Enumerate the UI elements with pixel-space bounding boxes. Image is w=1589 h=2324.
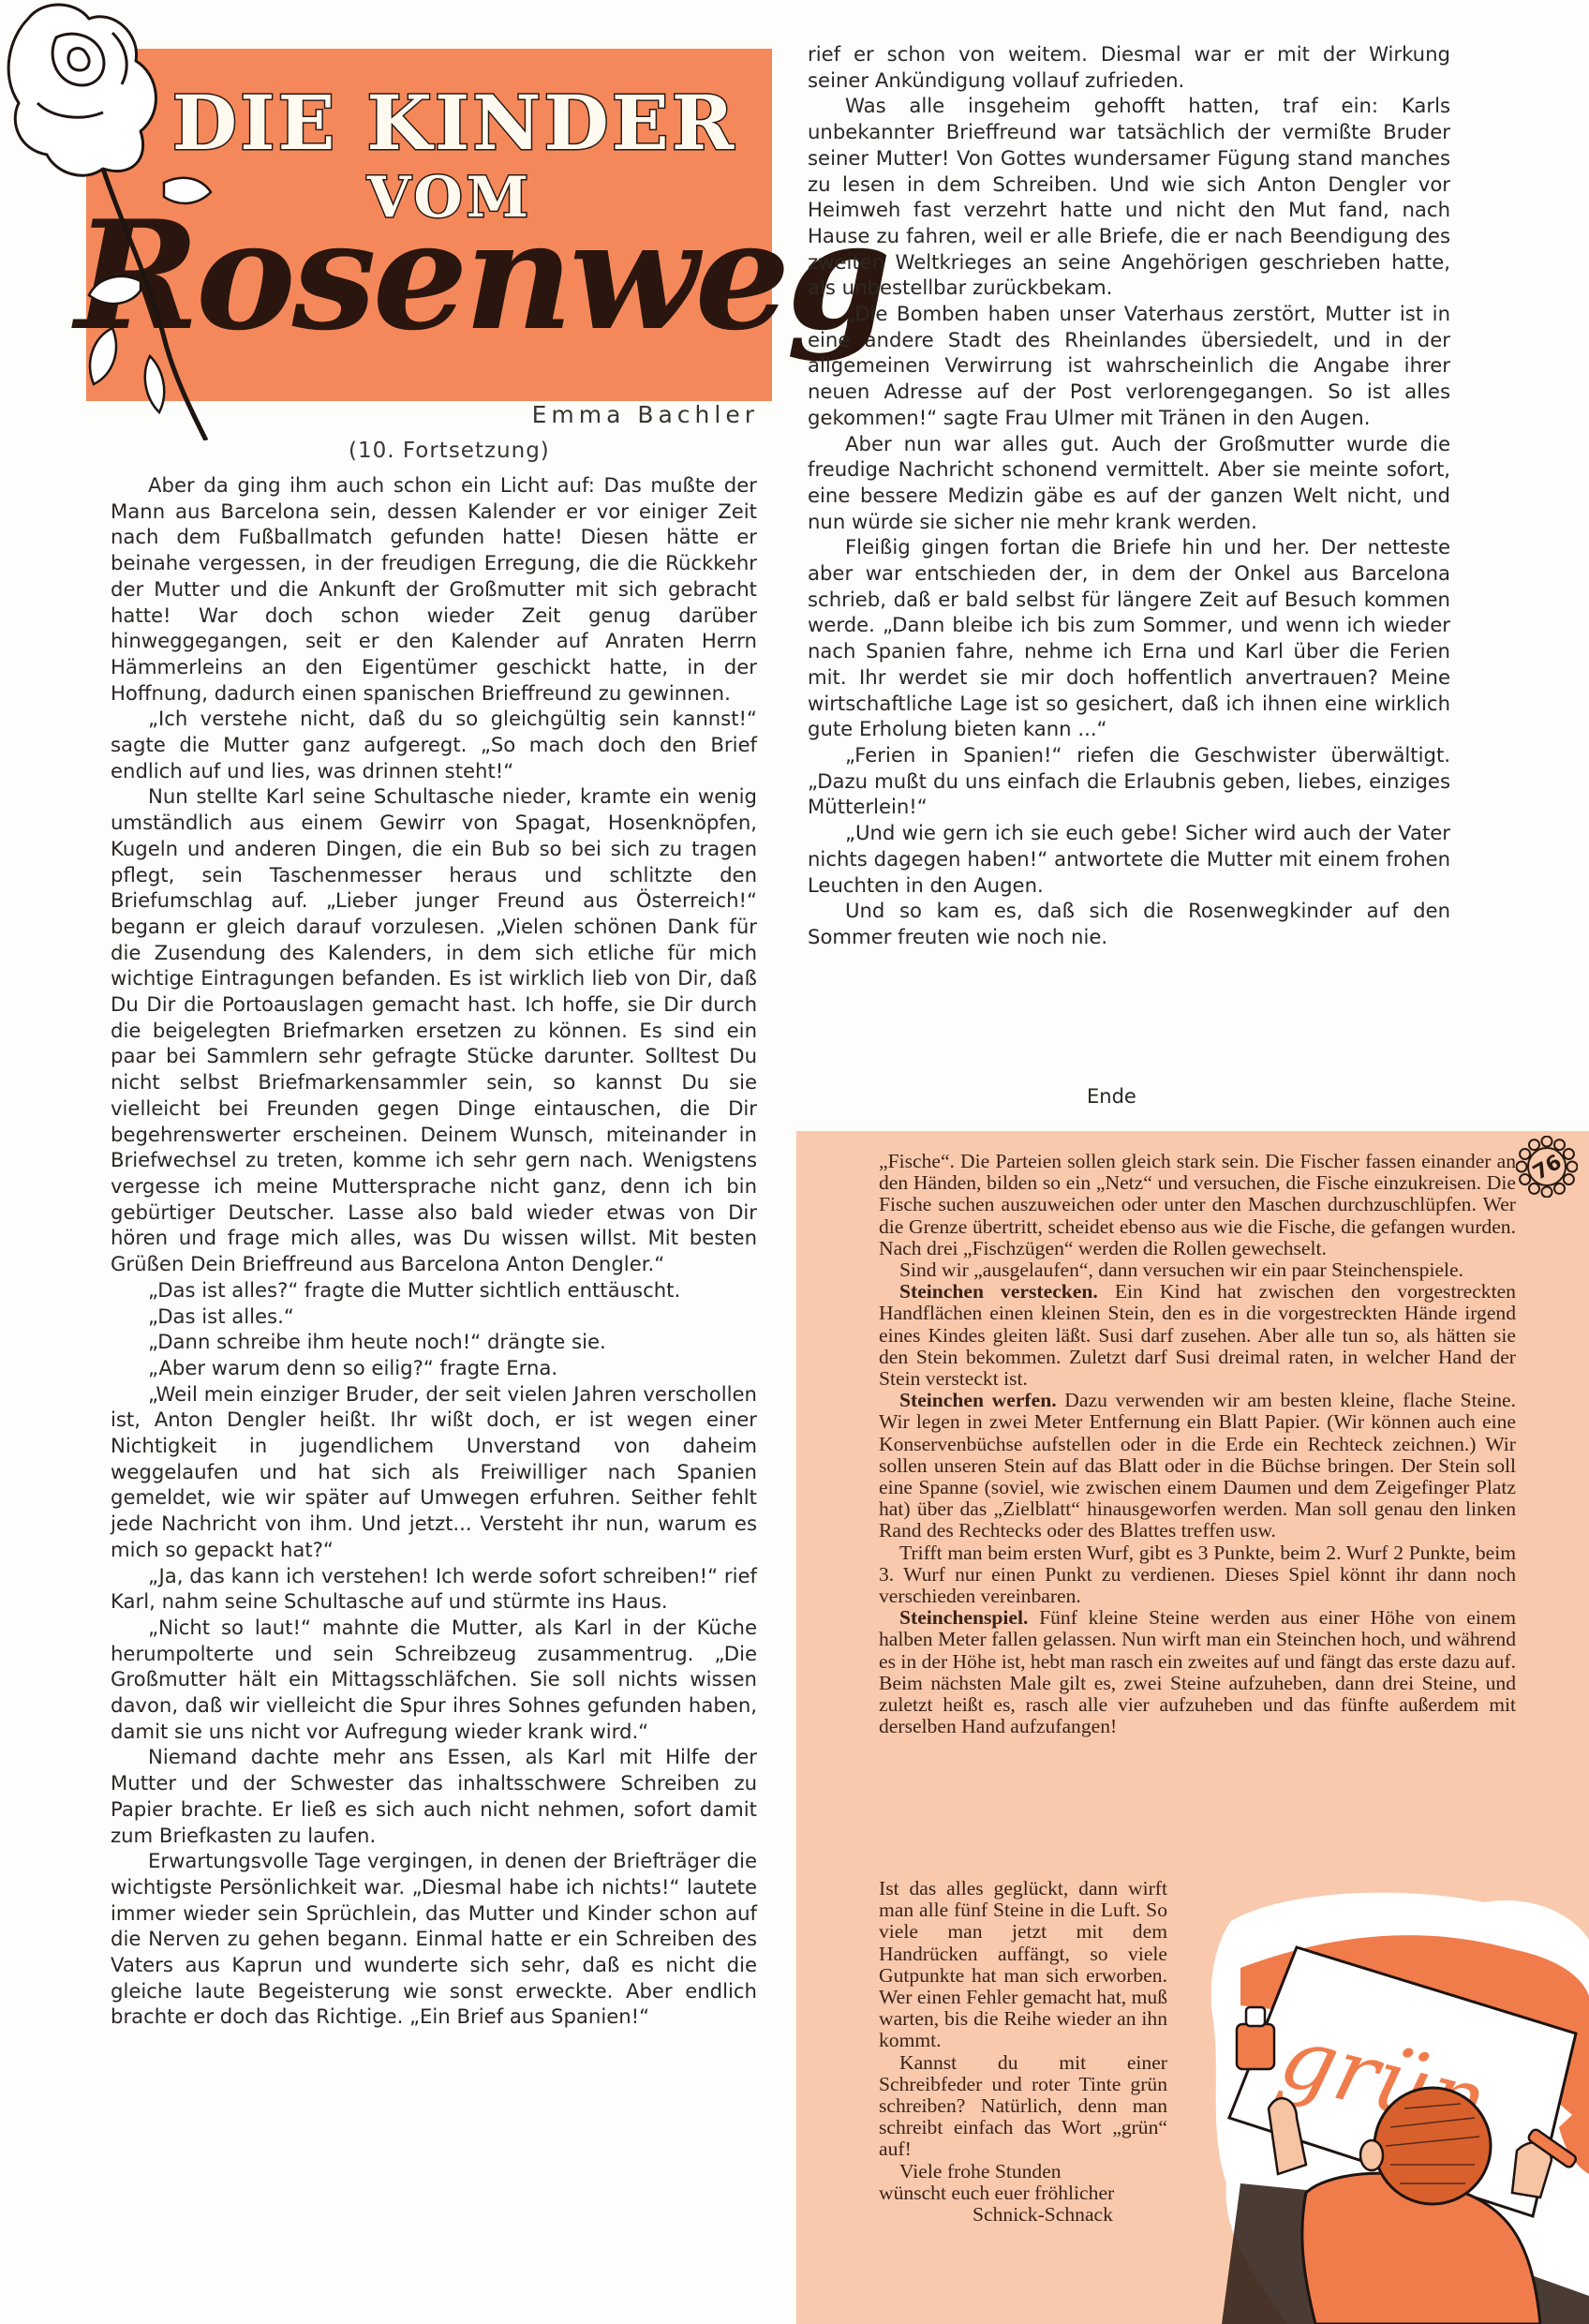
story-paragraph: rief er schon von weitem. Diesmal war er… bbox=[808, 41, 1450, 93]
story-paragraph: „Dann schreibe ihm heute noch!“ drängte … bbox=[111, 1329, 757, 1355]
rose-illustration-icon bbox=[0, 0, 225, 440]
games-paragraph: Kannst du mit einer Schreibfeder und rot… bbox=[879, 2052, 1167, 2161]
story-paragraph: „Ja, das kann ich verstehen! Ich werde s… bbox=[111, 1563, 757, 1615]
signoff-name: Schnick-Schnack bbox=[879, 2204, 1167, 2226]
games-paragraph: Steinchen werfen. Dazu verwenden wir am … bbox=[879, 1390, 1516, 1542]
story-paragraph: Und so kam es, daß sich die Rosenwegkind… bbox=[808, 898, 1450, 949]
story-paragraph: „Aber warum denn so eilig?“ fragte Erna. bbox=[111, 1355, 757, 1381]
signoff-line: Viele frohe Stunden bbox=[879, 2161, 1167, 2182]
story-paragraph: „Ich verstehe nicht, daß du so gleichgül… bbox=[111, 706, 757, 783]
boy-writing-illustration-icon: grün bbox=[1203, 1884, 1589, 2324]
title-line-1: DIE KINDER bbox=[141, 79, 768, 167]
end-label: Ende bbox=[1087, 1085, 1136, 1108]
story-paragraph: „Das ist alles.“ bbox=[111, 1304, 757, 1330]
games-paragraph: Steinchenspiel. Fünf kleine Steine werde… bbox=[879, 1607, 1516, 1737]
story-paragraph: Fleißig gingen fortan die Briefe hin und… bbox=[808, 534, 1450, 742]
story-paragraph: „Nicht so laut!“ mahnte die Mutter, als … bbox=[111, 1615, 757, 1745]
installment-label: (10. Fortsetzung) bbox=[349, 439, 550, 463]
story-paragraph: Was alle insgeheim gehofft hatten, traf … bbox=[808, 93, 1450, 301]
story-paragraph: Aber da ging ihm auch schon ein Licht au… bbox=[111, 472, 757, 706]
story-paragraph: „Die Bomben haben unser Vaterhaus zerstö… bbox=[808, 301, 1450, 431]
story-paragraph: Nun stellte Karl seine Schultasche niede… bbox=[111, 783, 757, 1276]
games-paragraph: Ist das alles geglückt, dann wirft man a… bbox=[879, 1878, 1167, 2052]
games-paragraph: Steinchen verstecken. Ein Kind hat zwisc… bbox=[879, 1281, 1516, 1390]
story-paragraph: „Und wie gern ich sie euch gebe! Sicher … bbox=[808, 820, 1450, 898]
magazine-page: DIE KINDER VOM Rosenweg Emma Bachler (10… bbox=[0, 0, 1589, 2324]
game-title: Steinchenspiel. bbox=[899, 1606, 1028, 1629]
story-left-column: Aber da ging ihm auch schon ein Licht au… bbox=[111, 472, 757, 2030]
games-instructions: „Fische“. Die Parteien sollen gleich sta… bbox=[879, 1151, 1516, 1737]
story-right-column: rief er schon von weitem. Diesmal war er… bbox=[808, 41, 1450, 950]
games-paragraph: Trifft man beim ersten Wurf, gibt es 3 P… bbox=[879, 1542, 1516, 1608]
story-paragraph: Erwartungsvolle Tage vergingen, in denen… bbox=[111, 1848, 757, 2030]
signoff-line: wünscht euch euer fröhlicher bbox=[879, 2182, 1167, 2204]
game-title: Steinchen verstecken. bbox=[899, 1280, 1098, 1303]
games-paragraph: Sind wir „ausgelaufen“, dann versuchen w… bbox=[879, 1259, 1516, 1281]
story-paragraph: Niemand dachte mehr ans Essen, als Karl … bbox=[111, 1744, 757, 1848]
author-name: Emma Bachler bbox=[525, 401, 759, 428]
story-paragraph: „Weil mein einziger Bruder, der seit vie… bbox=[111, 1381, 757, 1563]
page-number-badge-icon: 76 bbox=[1516, 1136, 1578, 1198]
games-instructions-narrow: Ist das alles geglückt, dann wirft man a… bbox=[879, 1878, 1167, 2226]
games-paragraph: „Fische“. Die Parteien sollen gleich sta… bbox=[879, 1151, 1516, 1259]
game-title: Steinchen werfen. bbox=[899, 1389, 1057, 1411]
story-paragraph: „Ferien in Spanien!“ riefen die Geschwis… bbox=[808, 742, 1450, 820]
story-paragraph: „Das ist alles?“ fragte die Mutter sicht… bbox=[111, 1277, 757, 1304]
story-paragraph: Aber nun war alles gut. Auch der Großmut… bbox=[808, 431, 1450, 535]
